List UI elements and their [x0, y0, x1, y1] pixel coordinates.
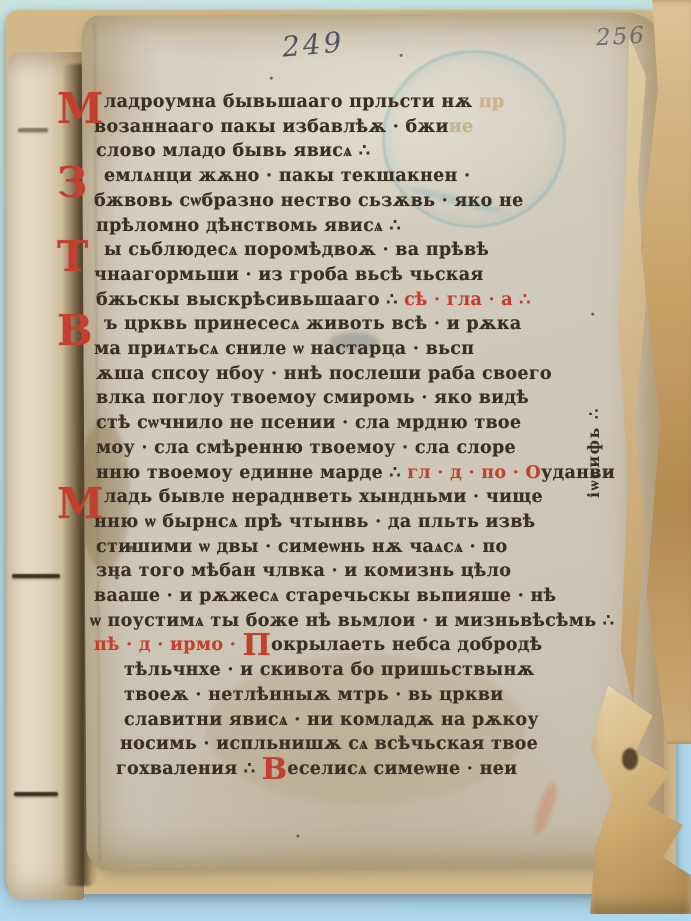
text-line: чнаагормьши · из гроба вьсѣ чьская: [90, 263, 602, 288]
text-line: нню твоемоу единне марде ∴ гл · д · по ·…: [90, 461, 602, 486]
manuscript-text: емлѧнци жѫно · пакы текшакнен ·: [104, 166, 470, 186]
wormhole: [622, 748, 638, 770]
red-pigment-smear: [530, 780, 560, 838]
text-line: носимь · испльнишѫ сѧ всѣчьская твое: [90, 732, 602, 757]
text-line: тѣльчнхе · и скивота бо пришьствынѫ: [90, 658, 602, 683]
manuscript-text: зна того мѣбан члвка · и комизнь цѣло: [96, 561, 511, 581]
red-letter: О: [526, 463, 542, 483]
paragraph-initial: З: [57, 160, 89, 206]
text-line: прѣломно дѣнствомь явисѧ ∴: [90, 214, 602, 239]
parchment-slit: [14, 792, 58, 796]
manuscript-text: возаннааго пакы избавлѣѫ · бжи: [94, 117, 449, 137]
margin-author-note: іѡсифь ∴: [584, 407, 604, 498]
text-line: ъ црквь принесесѧ животь всѣ · и рѫка: [90, 312, 602, 337]
manuscript-text: влка поглоу твоемоу смиромь · яко видѣ: [96, 388, 529, 408]
text-line: бжвовь сѡбразно нество сьзѫвь · яко не: [90, 189, 602, 214]
paragraph-initial: М: [57, 481, 89, 527]
manuscript-text: моу · сла смѣренню твоемоу · сла слоре: [96, 438, 516, 458]
rubric-text: пѣ · д · ирмо ·: [94, 635, 243, 655]
manuscript-text: стѣ сѡчнило не псении · сла мрдню твое: [96, 413, 521, 433]
manuscript-text: твоеѫ · нетлѣнныѫ мтрь · вь цркви: [124, 685, 504, 705]
manuscript-text: гохваления ∴: [116, 759, 262, 779]
text-line: ладь бывле нераднветь хындньми · чище: [90, 485, 602, 510]
text-line: нню ѡ бырнсѧ прѣ чтынвь · да пльть извѣ: [90, 510, 602, 535]
manuscript-text: бжьскы выскрѣсивьшааго ∴: [96, 290, 404, 310]
paragraph-initial: В: [57, 308, 89, 354]
text-line: ѫша спсоу нбоу · ннѣ послеши раба своего: [90, 362, 602, 387]
manuscript-text: носимь · испльнишѫ сѧ всѣчьская твое: [120, 734, 538, 754]
text-line: стишими ѡ двы · симеѡнь нѫ чаѧсѧ · по: [90, 535, 602, 560]
manuscript-text: вааше · и рѫжесѧ старечьскы вьпияше · нѣ: [94, 586, 556, 606]
parchment-slit: [18, 128, 48, 132]
manuscript-text: бжвовь сѡбразно нество сьзѫвь · яко не: [94, 191, 524, 211]
parchment-slit: [12, 574, 60, 578]
text-line: моу · сла смѣренню твоемоу · сла слоре: [90, 436, 602, 461]
text-line: емлѧнци жѫно · пакы текшакнен ·: [90, 164, 602, 189]
text-line: возаннааго пакы избавлѣѫ · бжиие: [90, 115, 602, 140]
manuscript-text: тѣльчнхе · и скивота бо пришьствынѫ: [124, 660, 535, 680]
folio-number-pencil: 256: [595, 23, 646, 52]
rubric-text: сѣ · гла · а ∴: [404, 290, 531, 310]
ink-speck: [296, 834, 299, 837]
text-line: гохваления ∴ Веселисѧ симеѡне · неи: [90, 757, 602, 782]
manuscript-text: стишими ѡ двы · симеѡнь нѫ чаѧсѧ · по: [96, 537, 507, 557]
text-line: слово младо бывь явисѧ ∴: [90, 139, 602, 164]
manuscript-text: слово младо бывь явисѧ ∴: [96, 141, 370, 161]
faded-offset-text: ие: [449, 117, 474, 137]
manuscript-text: прѣломно дѣнствомь явисѧ ∴: [96, 216, 401, 236]
text-line: славитни явисѧ · ни комладѫ на рѫкоу: [90, 708, 602, 733]
text-block: ладроумна бывьшааго прльсти нѫ првозанна…: [90, 90, 602, 782]
folio-number-ink: 249: [281, 25, 346, 63]
manuscript-text: ы сьблюдесѧ поромѣдвоѫ · ва прѣвѣ: [104, 240, 489, 260]
text-line: ы сьблюдесѧ поромѣдвоѫ · ва прѣвѣ: [90, 238, 602, 263]
ink-speck: [400, 54, 403, 57]
manuscript-text: ладроумна бывьшааго прльсти нѫ: [104, 92, 479, 112]
text-line: стѣ сѡчнило не псении · сла мрдню твое: [90, 411, 602, 436]
manuscript-text: ладь бывле нераднветь хындньми · чище: [104, 487, 543, 507]
rubric-text: гл · д · по ·: [407, 463, 525, 483]
manuscript-text: еселисѧ симеѡне · неи: [287, 759, 517, 779]
text-line: вааше · и рѫжесѧ старечьскы вьпияше · нѣ: [90, 584, 602, 609]
manuscript-text: нню твоемоу единне марде ∴: [96, 463, 407, 483]
manuscript-text: ма приѧтьсѧ сниле ѡ настарца · вьсп: [94, 339, 474, 359]
text-line: зна того мѣбан члвка · и комизнь цѣло: [90, 559, 602, 584]
text-line: ладроумна бывьшааго прльсти нѫ пр: [90, 90, 602, 115]
paragraph-initial: Т: [57, 234, 89, 280]
text-line: твоеѫ · нетлѣнныѫ мтрь · вь цркви: [90, 683, 602, 708]
manuscript-text: славитни явисѧ · ни комладѫ на рѫкоу: [124, 710, 539, 730]
faded-offset-text: пр: [479, 92, 505, 112]
manuscript-photo: 249 256 ладроумна бывьшааго прльсти нѫ п…: [0, 0, 691, 921]
text-line: ма приѧтьсѧ сниле ѡ настарца · вьсп: [90, 337, 602, 362]
text-line: пѣ · д · ирмо · Покрылаеть небса добродѣ: [90, 633, 602, 658]
manuscript-text: ъ црквь принесесѧ животь всѣ · и рѫка: [104, 314, 521, 334]
manuscript-text: окрылаеть небса добродѣ: [271, 635, 542, 655]
manuscript-text: чнаагормьши · из гроба вьсѣ чьская: [94, 265, 484, 285]
text-line: бжьскы выскрѣсивьшааго ∴ сѣ · гла · а ∴: [90, 288, 602, 313]
manuscript-text: нню ѡ бырнсѧ прѣ чтынвь · да пльть извѣ: [94, 512, 535, 532]
ink-speck: [270, 77, 273, 80]
text-line: влка поглоу твоемоу смиромь · яко видѣ: [90, 386, 602, 411]
manuscript-text: ѫша спсоу нбоу · ннѣ послеши раба своего: [96, 364, 552, 384]
inline-initial: В: [262, 752, 288, 787]
paragraph-initial: М: [57, 86, 89, 132]
manuscript-text: ѡ поустимѧ ты боже нѣ вьмлои · и мизньвѣ…: [90, 611, 614, 631]
text-line: ѡ поустимѧ ты боже нѣ вьмлои · и мизньвѣ…: [90, 609, 602, 634]
